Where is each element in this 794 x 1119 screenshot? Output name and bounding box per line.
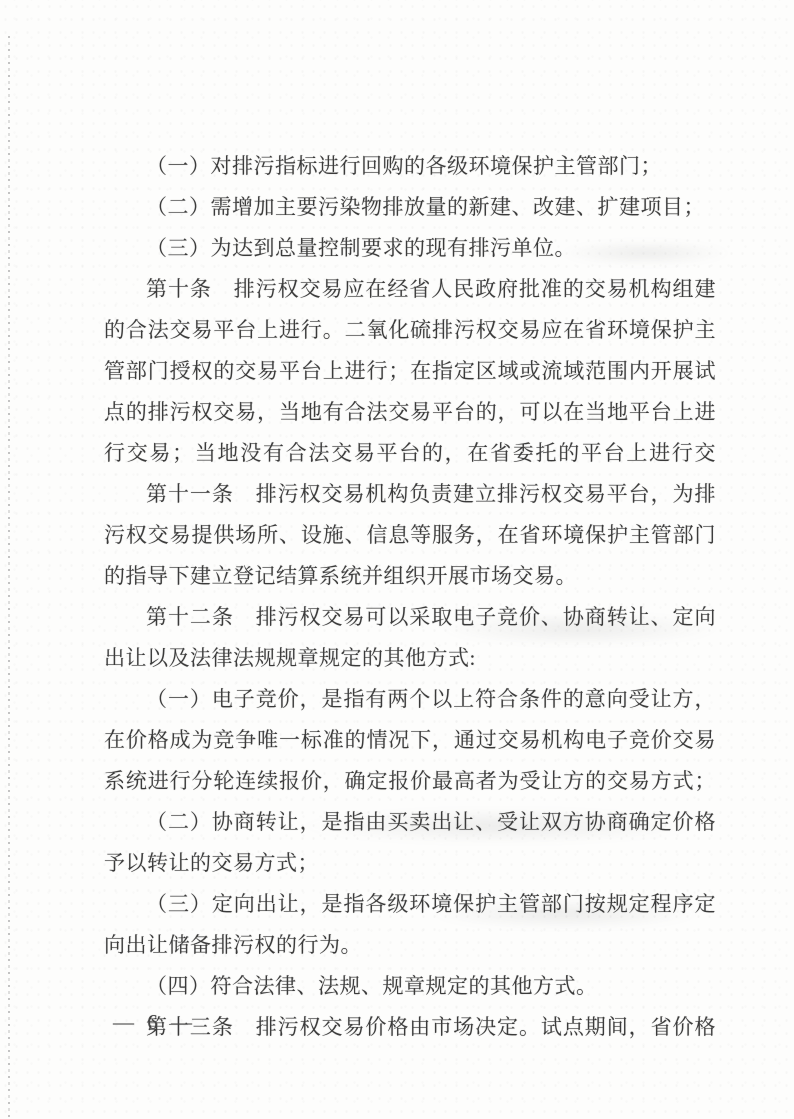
text-line-item-1: （一）对排污指标进行回购的各级环境保护主管部门；	[104, 146, 716, 187]
document-page: （一）对排污指标进行回购的各级环境保护主管部门； （二）需增加主要污染物排放量的…	[0, 0, 794, 1119]
text-line: 的指导下建立登记结算系统并组织开展市场交易。	[104, 556, 716, 597]
scan-edge-artifact	[8, 36, 10, 1119]
text-line-article-10: 第十条 排污权交易应在经省人民政府批准的交易机构组建	[104, 269, 716, 310]
text-line-article-11: 第十一条 排污权交易机构负责建立排污权交易平台，为排	[104, 474, 716, 515]
text-line: 予以转让的交易方式；	[104, 843, 716, 884]
text-line: 污权交易提供场所、设施、信息等服务，在省环境保护主管部门	[104, 515, 716, 556]
text-line-item-4-art12: （四）符合法律、法规、规章规定的其他方式。	[104, 966, 716, 1007]
text-line: 在价格成为竞争唯一标准的情况下，通过交易机构电子竞价交易	[104, 720, 716, 761]
text-line: 系统进行分轮连续报价，确定报价最高者为受让方的交易方式；	[104, 761, 716, 802]
text-line: 向出让储备排污权的行为。	[104, 925, 716, 966]
text-line-article-12: 第十二条 排污权交易可以采取电子竞价、协商转让、定向	[104, 597, 716, 638]
text-line-item-3-art12: （三）定向出让，是指各级环境保护主管部门按规定程序定	[104, 884, 716, 925]
text-line: 管部门授权的交易平台上进行；在指定区域或流域范围内开展试	[104, 351, 716, 392]
text-line: 行交易；当地没有合法交易平台的，在省委托的平台上进行交易。	[104, 433, 716, 474]
text-line-item-3: （三）为达到总量控制要求的现有排污单位。	[104, 228, 716, 269]
page-number: — 6 —	[113, 1010, 196, 1035]
text-line: 出让以及法律法规规章规定的其他方式:	[104, 638, 716, 679]
text-line: 点的排污权交易，当地有合法交易平台的，可以在当地平台上进	[104, 392, 716, 433]
text-line-item-2: （二）需增加主要污染物排放量的新建、改建、扩建项目；	[104, 187, 716, 228]
text-line: 的合法交易平台上进行。二氧化硫排污权交易应在省环境保护主	[104, 310, 716, 351]
text-line-item-2-art12: （二）协商转让，是指由买卖出让、受让双方协商确定价格	[104, 802, 716, 843]
document-body: （一）对排污指标进行回购的各级环境保护主管部门； （二）需增加主要污染物排放量的…	[104, 146, 716, 1048]
text-line-item-1-art12: （一）电子竞价，是指有两个以上符合条件的意向受让方，	[104, 679, 716, 720]
